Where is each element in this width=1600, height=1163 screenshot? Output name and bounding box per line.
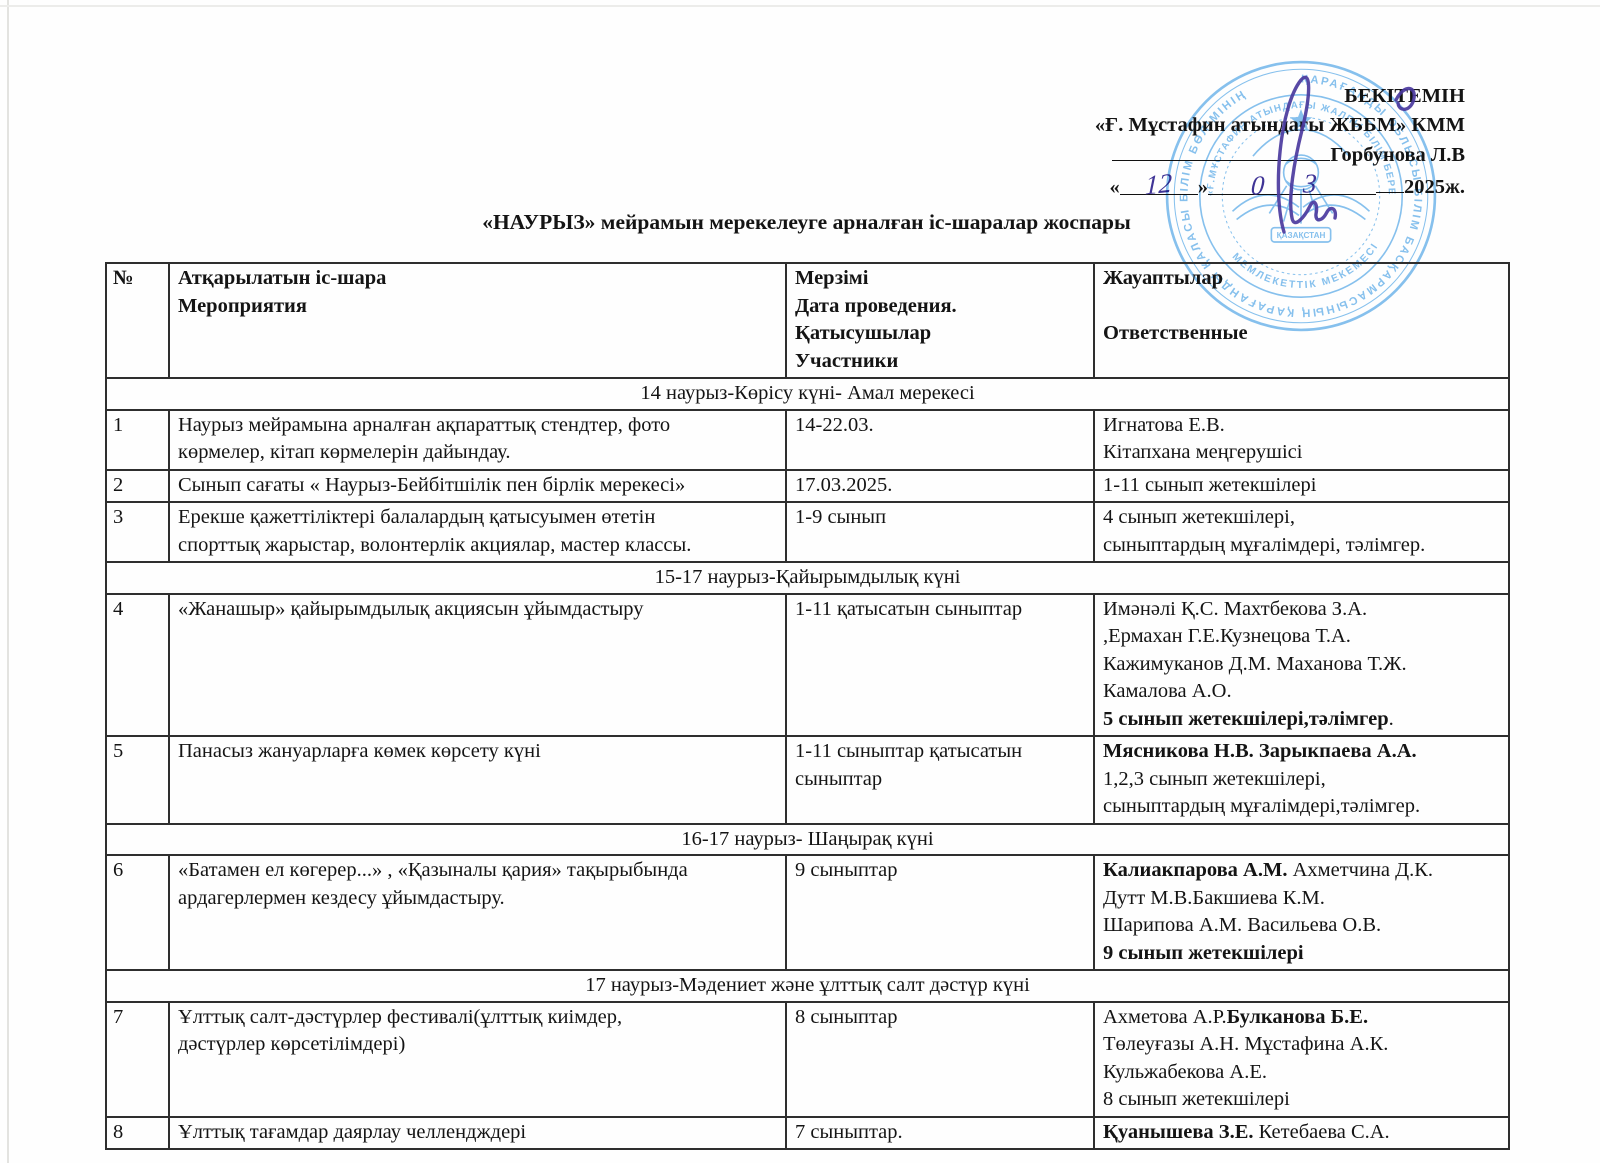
cell-line: ардагерлермен кездесу ұйымдастыру. bbox=[178, 885, 777, 913]
signature-line bbox=[1112, 140, 1330, 161]
events-plan-table: № Атқарылатын іс-шара Мероприятия Мерзім… bbox=[105, 262, 1510, 1150]
header-date-l3: Қатысушылар bbox=[795, 320, 1085, 348]
events-table-wrapper: № Атқарылатын іс-шара Мероприятия Мерзім… bbox=[105, 262, 1510, 1150]
cell-date: 1-11 қатысатын сыныптар bbox=[786, 594, 1094, 737]
cell-responsible: Игнатова Е.В.Кітапхана меңгерушісі bbox=[1094, 410, 1509, 470]
cell-line: Имәнәлі Қ.С. Махтбекова З.А. bbox=[1103, 596, 1500, 624]
header-date-l1: Мерзімі bbox=[795, 265, 1085, 293]
table-row: 3Ерекше қажеттіліктері балалардың қатысу… bbox=[106, 502, 1509, 562]
cell-line: 1,2,3 сынып жетекшілері, bbox=[1103, 766, 1500, 794]
plan-table-body: № Атқарылатын іс-шара Мероприятия Мерзім… bbox=[106, 263, 1509, 1149]
cell-line: Ерекше қажеттіліктері балалардың қатысуы… bbox=[178, 504, 777, 532]
cell-line: Шарипова А.М. Васильева О.В. bbox=[1103, 912, 1500, 940]
table-row: 2Сынып сағаты « Наурыз-Бейбітшілік пен б… bbox=[106, 470, 1509, 503]
cell-line: «Батамен ел көгерер...» , «Қазыналы қари… bbox=[178, 857, 777, 885]
header-resp-spacer bbox=[1103, 293, 1500, 321]
cell-line: Сынып сағаты « Наурыз-Бейбітшілік пен бі… bbox=[178, 472, 777, 500]
cell-line: 9 сынып жетекшілері bbox=[1103, 940, 1500, 968]
cell-activity: Ұлттық тағамдар даярлау челлендждері bbox=[169, 1117, 786, 1150]
section-row: 16-17 наурыз- Шаңырақ күні bbox=[106, 824, 1509, 856]
cell-date: 17.03.2025. bbox=[786, 470, 1094, 503]
approval-org: «Ғ. Мұстафин атындағы ЖББМ» КММ bbox=[905, 111, 1465, 140]
cell-line: сыныптардың мұғалімдері, тәлімгер. bbox=[1103, 532, 1500, 560]
cell-line: Наурыз мейрамына арналған ақпараттық сте… bbox=[178, 412, 777, 440]
cell-line: Кажимуканов Д.М. Маханова Т.Ж. bbox=[1103, 651, 1500, 679]
header-activity: Атқарылатын іс-шара Мероприятия bbox=[169, 263, 786, 378]
section-title: 14 наурыз-Көрісу күні- Амал мерекесі bbox=[106, 378, 1509, 410]
cell-number: 7 bbox=[106, 1002, 169, 1117]
header-num: № bbox=[106, 263, 169, 378]
cell-date: 7 сыныптар. bbox=[786, 1117, 1094, 1150]
cell-line: Кітапхана меңгерушісі bbox=[1103, 439, 1500, 467]
cell-activity: «Батамен ел көгерер...» , «Қазыналы қари… bbox=[169, 855, 786, 970]
cell-number: 6 bbox=[106, 855, 169, 970]
table-row: 5Панасыз жануарларға көмек көрсету күні1… bbox=[106, 736, 1509, 824]
section-row: 17 наурыз-Мәдениет және ұлттық салт дәст… bbox=[106, 970, 1509, 1002]
cell-line: «Жанашыр» қайырымдылық акциясын ұйымдаст… bbox=[178, 596, 777, 624]
cell-responsible: Калиакпарова А.М. Ахметчина Д.К.Дутт М.В… bbox=[1094, 855, 1509, 970]
cell-line: Игнатова Е.В. bbox=[1103, 412, 1500, 440]
table-header-row: № Атқарылатын іс-шара Мероприятия Мерзім… bbox=[106, 263, 1509, 378]
cell-responsible: Қуанышева З.Е. Кетебаева С.А. bbox=[1094, 1117, 1509, 1150]
cell-activity: Сынып сағаты « Наурыз-Бейбітшілік пен бі… bbox=[169, 470, 786, 503]
cell-activity: Ерекше қажеттіліктері балалардың қатысуы… bbox=[169, 502, 786, 562]
cell-line: Төлеуғазы А.Н. Мұстафина А.К. bbox=[1103, 1031, 1500, 1059]
approval-label: БЕКІТЕМІН bbox=[905, 82, 1465, 111]
cell-date: 14-22.03. bbox=[786, 410, 1094, 470]
header-date-l2: Дата проведения. bbox=[795, 293, 1085, 321]
section-row: 15-17 наурыз-Қайырымдылық күні bbox=[106, 562, 1509, 594]
section-title: 16-17 наурыз- Шаңырақ күні bbox=[106, 824, 1509, 856]
cell-line: дәстүрлер көрсетілімдері) bbox=[178, 1031, 777, 1059]
cell-line: 1-11 сыныптар қатысатын bbox=[795, 738, 1085, 766]
cell-line: сыныптар bbox=[795, 766, 1085, 794]
month-line: 0 3 bbox=[1208, 170, 1376, 195]
cell-responsible: Имәнәлі Қ.С. Махтбекова З.А.,Ермахан Г.Е… bbox=[1094, 594, 1509, 737]
approval-date-line: «12»0 32025ж. bbox=[905, 170, 1465, 202]
cell-line: 4 сынып жетекшілері, bbox=[1103, 504, 1500, 532]
header-resp-kk: Жауаптылар bbox=[1103, 265, 1500, 293]
table-row: 1Наурыз мейрамына арналған ақпараттық ст… bbox=[106, 410, 1509, 470]
cell-line: сыныптардың мұғалімдері,тәлімгер. bbox=[1103, 793, 1500, 821]
cell-line: Ахметова А.Р.Булканова Б.Е. bbox=[1103, 1004, 1500, 1032]
cell-line: спорттық жарыстар, волонтерлік акциялар,… bbox=[178, 532, 777, 560]
day-line: 12 bbox=[1120, 170, 1198, 195]
cell-line: Қуанышева З.Е. Кетебаева С.А. bbox=[1103, 1119, 1500, 1147]
cell-line: Кульжабекова А.Е. bbox=[1103, 1059, 1500, 1087]
cell-number: 5 bbox=[106, 736, 169, 824]
cell-line: 9 сыныптар bbox=[795, 857, 1085, 885]
cell-activity: Ұлттық салт-дәстүрлер фестивалі(ұлттық к… bbox=[169, 1002, 786, 1117]
cell-responsible: 1-11 сынып жетекшілері bbox=[1094, 470, 1509, 503]
cell-line: 5 сынып жетекшілері,тәлімгер. bbox=[1103, 706, 1500, 734]
header-activity-ru: Мероприятия bbox=[178, 293, 777, 321]
cell-line: 1-11 сынып жетекшілері bbox=[1103, 472, 1500, 500]
cell-number: 4 bbox=[106, 594, 169, 737]
cell-activity: Наурыз мейрамына арналған ақпараттық сте… bbox=[169, 410, 786, 470]
cell-responsible: Мясникова Н.В. Зарыкпаева А.А.1,2,3 сыны… bbox=[1094, 736, 1509, 824]
cell-line: Дутт М.В.Бакшиева К.М. bbox=[1103, 885, 1500, 913]
cell-date: 1-11 сыныптар қатысатынсыныптар bbox=[786, 736, 1094, 824]
cell-line: ,Ермахан Г.Е.Кузнецова Т.А. bbox=[1103, 623, 1500, 651]
handwritten-day: 12 bbox=[1145, 168, 1173, 200]
section-title: 15-17 наурыз-Қайырымдылық күні bbox=[106, 562, 1509, 594]
table-row: 6«Батамен ел көгерер...» , «Қазыналы қар… bbox=[106, 855, 1509, 970]
cell-responsible: Ахметова А.Р.Булканова Б.Е.Төлеуғазы А.Н… bbox=[1094, 1002, 1509, 1117]
cell-date: 8 сыныптар bbox=[786, 1002, 1094, 1117]
header-resp-ru: Ответственные bbox=[1103, 320, 1500, 348]
cell-line: 8 сынып жетекшілері bbox=[1103, 1086, 1500, 1114]
cell-line: 14-22.03. bbox=[795, 412, 1085, 440]
approval-signer-line: Горбунова Л.В bbox=[905, 140, 1465, 170]
cell-date: 1-9 сынып bbox=[786, 502, 1094, 562]
scan-edge bbox=[0, 5, 1600, 7]
cell-activity: Панасыз жануарларға көмек көрсету күні bbox=[169, 736, 786, 824]
quote-open: « bbox=[1110, 176, 1120, 198]
quote-close: » bbox=[1198, 176, 1208, 198]
cell-responsible: 4 сынып жетекшілері,сыныптардың мұғалімд… bbox=[1094, 502, 1509, 562]
cell-number: 2 bbox=[106, 470, 169, 503]
cell-line: 8 сыныптар bbox=[795, 1004, 1085, 1032]
cell-line: Ұлттық тағамдар даярлау челлендждері bbox=[178, 1119, 777, 1147]
cell-number: 1 bbox=[106, 410, 169, 470]
handwritten-month: 0 3 bbox=[1250, 169, 1334, 201]
scanned-document-page: БЕКІТЕМІН «Ғ. Мұстафин атындағы ЖББМ» КМ… bbox=[0, 0, 1600, 1163]
scan-edge bbox=[7, 0, 9, 1163]
section-row: 14 наурыз-Көрісу күні- Амал мерекесі bbox=[106, 378, 1509, 410]
cell-line: Мясникова Н.В. Зарыкпаева А.А. bbox=[1103, 738, 1500, 766]
cell-line: Панасыз жануарларға көмек көрсету күні bbox=[178, 738, 777, 766]
header-resp: Жауаптылар Ответственные bbox=[1094, 263, 1509, 378]
cell-line: 7 сыныптар. bbox=[795, 1119, 1085, 1147]
cell-number: 8 bbox=[106, 1117, 169, 1150]
cell-number: 3 bbox=[106, 502, 169, 562]
section-title: 17 наурыз-Мәдениет және ұлттық салт дәст… bbox=[106, 970, 1509, 1002]
header-date-l4: Участники bbox=[795, 348, 1085, 376]
table-row: 7Ұлттық салт-дәстүрлер фестивалі(ұлттық … bbox=[106, 1002, 1509, 1117]
document-title: «НАУРЫЗ» мейрамын мерекелеуге арналған і… bbox=[105, 210, 1508, 235]
cell-line: Ұлттық салт-дәстүрлер фестивалі(ұлттық к… bbox=[178, 1004, 777, 1032]
cell-activity: «Жанашыр» қайырымдылық акциясын ұйымдаст… bbox=[169, 594, 786, 737]
header-activity-kk: Атқарылатын іс-шара bbox=[178, 265, 777, 293]
approval-block: БЕКІТЕМІН «Ғ. Мұстафин атындағы ЖББМ» КМ… bbox=[905, 82, 1465, 202]
table-row: 4«Жанашыр» қайырымдылық акциясын ұйымдас… bbox=[106, 594, 1509, 737]
cell-line: 1-11 қатысатын сыныптар bbox=[795, 596, 1085, 624]
cell-line: 1-9 сынып bbox=[795, 504, 1085, 532]
year-text: 2025ж. bbox=[1404, 176, 1465, 198]
cell-line: Камалова А.О. bbox=[1103, 678, 1500, 706]
year-line bbox=[1376, 172, 1404, 193]
cell-date: 9 сыныптар bbox=[786, 855, 1094, 970]
cell-line: көрмелер, кітап көрмелерін дайындау. bbox=[178, 439, 777, 467]
cell-line: Калиакпарова А.М. Ахметчина Д.К. bbox=[1103, 857, 1500, 885]
approver-name: Горбунова Л.В bbox=[1330, 144, 1465, 166]
cell-line: 17.03.2025. bbox=[795, 472, 1085, 500]
table-row: 8Ұлттық тағамдар даярлау челлендждері7 с… bbox=[106, 1117, 1509, 1150]
header-date: Мерзімі Дата проведения. Қатысушылар Уча… bbox=[786, 263, 1094, 378]
